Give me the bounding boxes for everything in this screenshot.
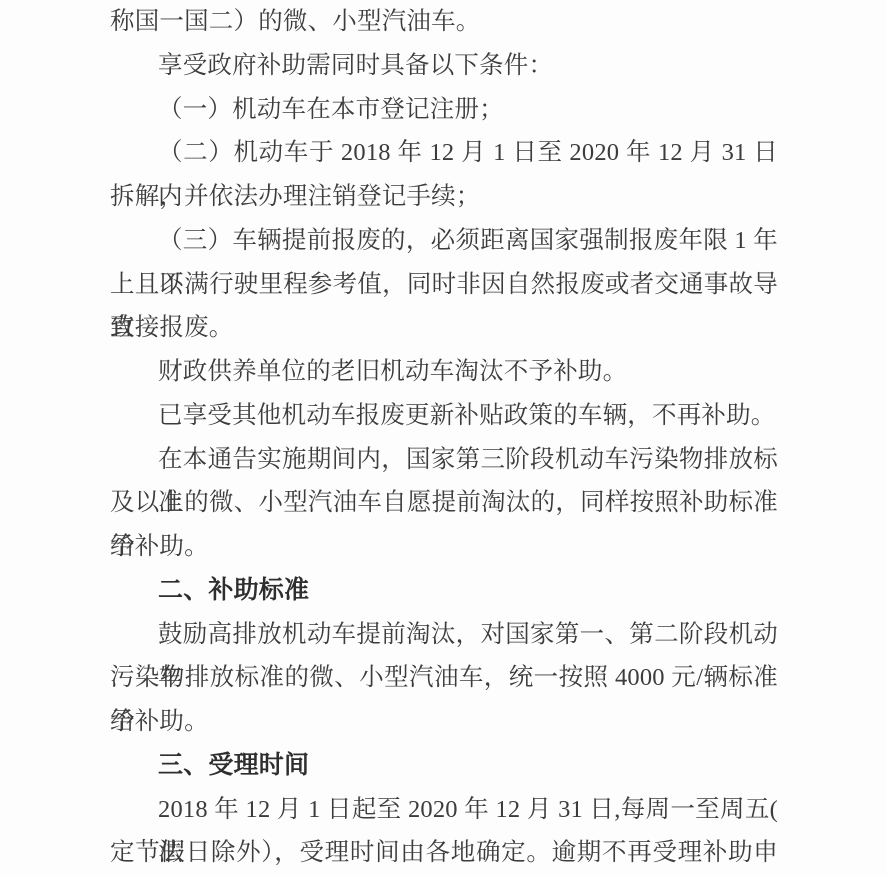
condition-2-line-1: （二）机动车于 2018 年 12 月 1 日至 2020 年 12 月 31 …	[110, 131, 778, 175]
condition-1-line: （一）机动车在本市登记注册；	[110, 88, 778, 132]
voluntary-scrap-line-3: 予补助。	[110, 525, 778, 569]
other-subsidy-exclusion-line: 已享受其他机动车报废更新补贴政策的车辆，不再补助。	[110, 394, 778, 438]
condition-3-line-2: 上且不满行驶里程参考值，同时非因自然报废或者交通事故导致	[110, 263, 778, 307]
voluntary-scrap-line-1: 在本通告实施期间内，国家第三阶段机动车污染物排放标准	[110, 438, 778, 482]
voluntary-scrap-line-2: 及以上的微、小型汽油车自愿提前淘汰的，同样按照补助标准给	[110, 481, 778, 525]
subsidy-standard-line-1: 鼓励高排放机动车提前淘汰，对国家第一、第二阶段机动车	[110, 613, 778, 657]
fiscal-units-exclusion-line: 财政供养单位的老旧机动车淘汰不予补助。	[110, 350, 778, 394]
subsidy-standard-line-3: 予补助。	[110, 700, 778, 744]
acceptance-time-line-1: 2018 年 12 月 1 日起至 2020 年 12 月 31 日,每周一至周…	[110, 788, 778, 832]
condition-2-line-2: 拆解，并依法办理注销登记手续；	[110, 175, 778, 219]
document-content: 称国一国二）的微、小型汽油车。 享受政府补助需同时具备以下条件： （一）机动车在…	[110, 0, 778, 875]
section-heading-subsidy-standard: 二、补助标准	[110, 569, 778, 613]
acceptance-time-line-2: 定节假日除外），受理时间由各地确定。逾期不再受理补助申请。	[110, 831, 778, 875]
section-heading-acceptance-time: 三、受理时间	[110, 744, 778, 788]
conditions-intro-line: 享受政府补助需同时具备以下条件：	[110, 44, 778, 88]
document-page: 称国一国二）的微、小型汽油车。 享受政府补助需同时具备以下条件： （一）机动车在…	[0, 0, 886, 875]
condition-3-line-1: （三）车辆提前报废的，必须距离国家强制报废年限 1 年以	[110, 219, 778, 263]
paragraph-continuation-line: 称国一国二）的微、小型汽油车。	[110, 0, 778, 44]
condition-3-line-3: 直接报废。	[110, 306, 778, 350]
subsidy-standard-line-2: 污染物排放标准的微、小型汽油车，统一按照 4000 元/辆标准给	[110, 656, 778, 700]
